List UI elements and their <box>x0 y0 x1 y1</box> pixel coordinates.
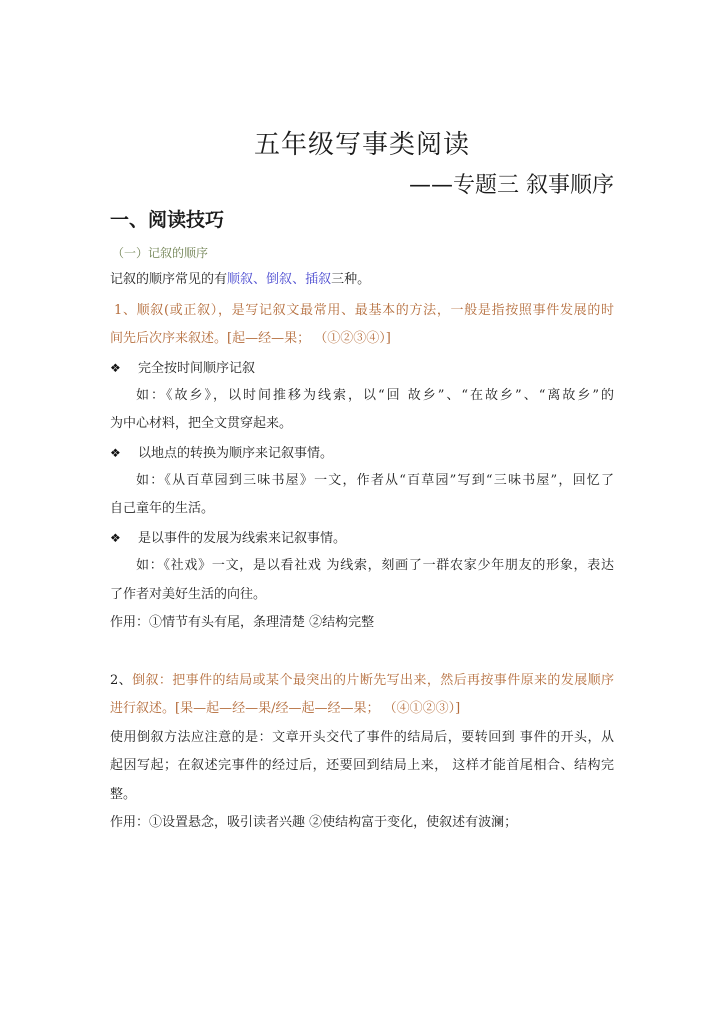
example-line: 如：《社戏》一文，是以看社戏 为线索，刻画了一群农家少年朋友的形象，表达 <box>110 558 614 574</box>
separator: 、 <box>253 272 266 287</box>
example-line: 为中心材料，把全文贯穿起来。 <box>110 416 614 432</box>
item2-note-line: 整。 <box>110 787 614 803</box>
diamond-bullet-icon: ❖ <box>110 360 138 376</box>
subsection-heading: （一）记叙的顺序 <box>112 245 616 261</box>
item2-line1: 2、倒叙：把事件的结局或某个最突出的片断先写出来，然后再按事件原来的发展顺序 <box>110 673 614 689</box>
example-line: 了作者对美好生活的向往。 <box>110 587 614 603</box>
item1-line2: 间先后次序来叙述。[起—经—果； （①②③④）] <box>110 331 614 347</box>
example-line: 自己童年的生活。 <box>110 501 614 517</box>
bullet-label: 以地点的转换为顺序来记叙事情。 <box>138 446 333 461</box>
bullet-label: 完全按时间顺序记叙 <box>138 361 255 376</box>
item2-number: 2、 <box>110 673 132 688</box>
item1-line1: 1、顺叙(或正叙），是写记叙文最常用、最基本的方法，一般是指按照事件发展的时 <box>114 303 614 319</box>
bullet-label: 是以事件的发展为线索来记叙事情。 <box>138 531 346 546</box>
item2-note-line: 使用倒叙方法应注意的是：文章开头交代了事件的结局后，要转回到 事件的开头，从 <box>110 730 614 746</box>
diamond-bullet-icon: ❖ <box>110 445 138 461</box>
separator: 、 <box>292 272 305 287</box>
order-type-flashback: 倒叙 <box>266 272 292 287</box>
example-line: 如：《故乡》，以时间推移为线索，以“回 故乡”、“在故乡”、“离故乡”的 <box>110 388 614 404</box>
diamond-bullet-icon: ❖ <box>110 530 138 546</box>
document-subtitle: ——专题三 叙事顺序 <box>409 168 614 199</box>
bullet-item: ❖是以事件的发展为线索来记叙事情。 <box>110 530 614 547</box>
item2-line2: 进行叙述。[果—起—经—果/经—起—经—果； （④①②③）] <box>110 701 614 717</box>
item2-effect: 作用：①设置悬念，吸引读者兴趣 ②使结构富于变化，使叙述有波澜； <box>110 815 614 831</box>
bullet-item: ❖以地点的转换为顺序来记叙事情。 <box>110 445 614 462</box>
intro-paragraph: 记叙的顺序常见的有顺叙、倒叙、插叙三种。 <box>110 272 614 288</box>
intro-prefix: 记叙的顺序常见的有 <box>110 272 227 287</box>
item2-note-line: 起因写起；在叙述完事件的经过后，还要回到结局上来， 这样才能首尾相合、结构完 <box>110 758 614 774</box>
document-title: 五年级写事类阅读 <box>110 124 614 161</box>
item2-definition: 倒叙：把事件的结局或某个最突出的片断先写出来，然后再按事件原来的发展顺序 <box>132 673 614 688</box>
order-type-forward: 顺叙 <box>227 272 253 287</box>
item1-effect: 作用：①情节有头有尾，条理清楚 ②结构完整 <box>110 615 614 631</box>
order-type-insertion: 插叙 <box>305 272 331 287</box>
section-heading: 一、阅读技巧 <box>110 205 224 232</box>
example-line: 如：《从百草园到三味书屋》一文，作者从“百草园”写到“三味书屋”，回忆了 <box>110 473 614 489</box>
bullet-item: ❖完全按时间顺序记叙 <box>110 360 614 377</box>
intro-suffix: 三种。 <box>331 272 370 287</box>
